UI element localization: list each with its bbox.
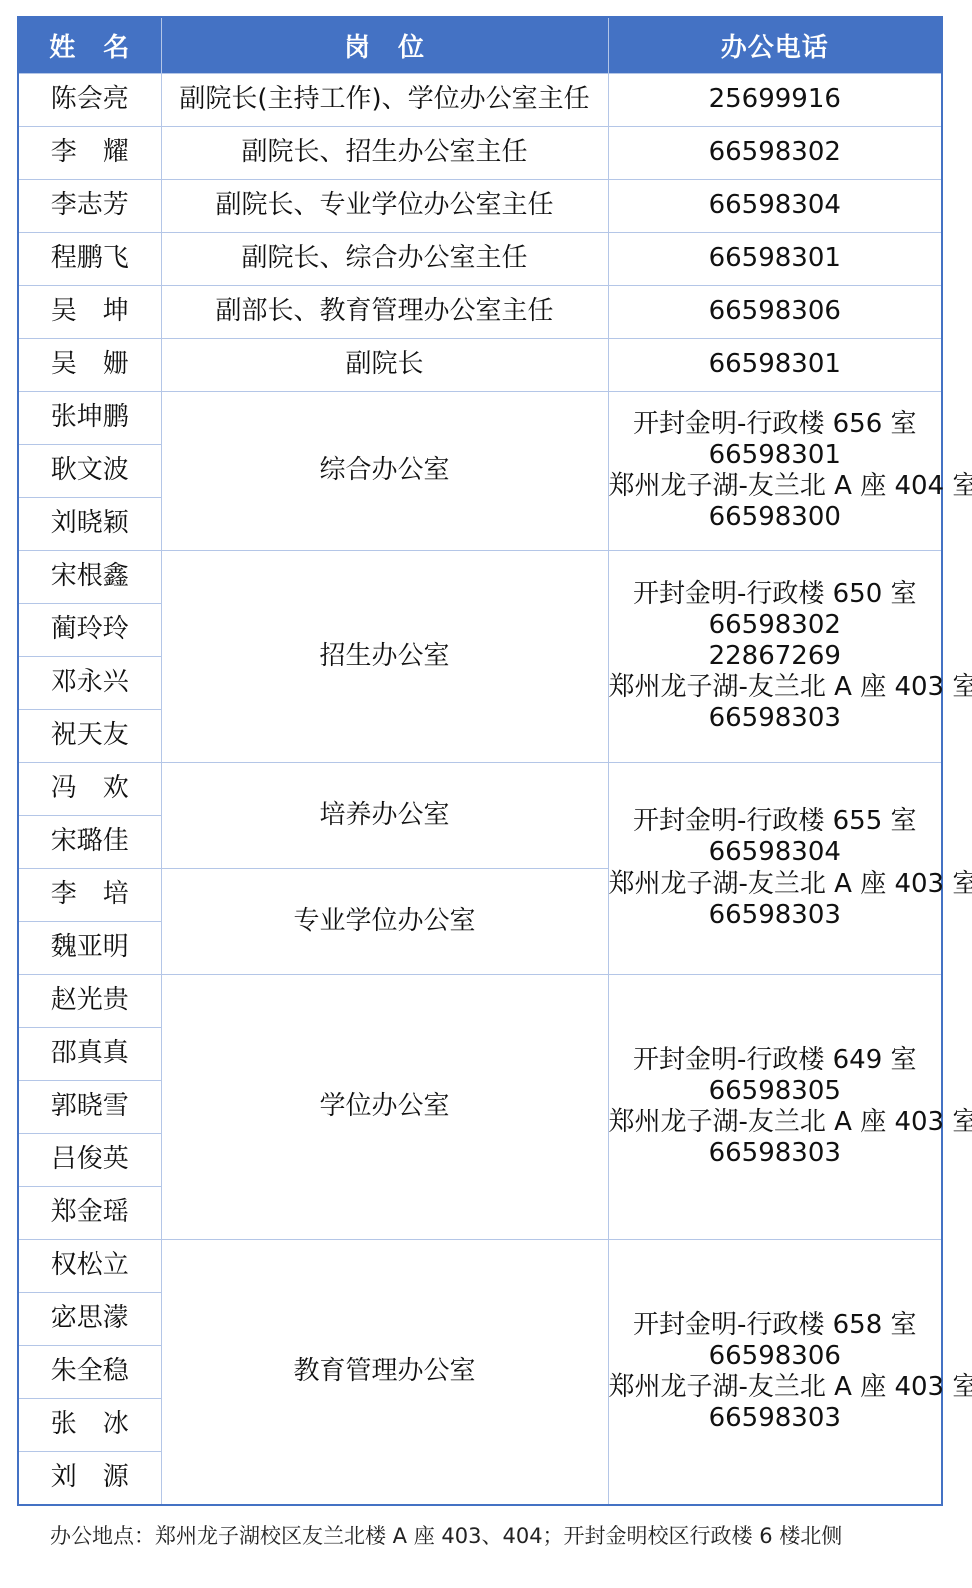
phone-line: 郑州龙子湖-友兰北 A 座 404 室: [609, 471, 942, 502]
position-cell: 副院长、综合办公室主任: [161, 233, 608, 286]
phone-cell-peiyang-zhuanye: 开封金明-行政楼 655 室 66598304 郑州龙子湖-友兰北 A 座 40…: [608, 763, 942, 975]
phone-cell-zhaosheng: 开封金明-行政楼 650 室 66598302 22867269 郑州龙子湖-友…: [608, 551, 942, 763]
phone-line: 66598303: [609, 900, 942, 931]
phone-line: 66598303: [609, 703, 942, 734]
name-cell: 权松立: [18, 1240, 161, 1293]
name-cell: 李 培: [18, 869, 161, 922]
table-row: 宋根鑫 招生办公室 开封金明-行政楼 650 室 66598302 228672…: [18, 551, 942, 604]
phone-line: 开封金明-行政楼 658 室: [609, 1310, 942, 1341]
table-row: 赵光贵 学位办公室 开封金明-行政楼 649 室 66598305 郑州龙子湖-…: [18, 975, 942, 1028]
name-cell: 郑金瑶: [18, 1187, 161, 1240]
name-cell: 郭晓雪: [18, 1081, 161, 1134]
phone-line: 66598306: [609, 1341, 942, 1372]
phone-line: 66598301: [609, 440, 942, 471]
name-cell: 李 耀: [18, 127, 161, 180]
office-cell-zonghe: 综合办公室: [161, 392, 608, 551]
name-cell: 耿文波: [18, 445, 161, 498]
table-row: 张坤鹏 综合办公室 开封金明-行政楼 656 室 66598301 郑州龙子湖-…: [18, 392, 942, 445]
staff-directory-table: 姓 名 岗 位 办公电话 陈会亮 副院长(主持工作)、学位办公室主任 25699…: [17, 16, 943, 1506]
table-row: 权松立 教育管理办公室 开封金明-行政楼 658 室 66598306 郑州龙子…: [18, 1240, 942, 1293]
office-cell-zhaosheng: 招生办公室: [161, 551, 608, 763]
phone-cell: 66598304: [608, 180, 942, 233]
office-cell-xuewei: 学位办公室: [161, 975, 608, 1240]
phone-cell-zonghe: 开封金明-行政楼 656 室 66598301 郑州龙子湖-友兰北 A 座 40…: [608, 392, 942, 551]
name-cell: 陈会亮: [18, 74, 161, 127]
name-cell: 宋璐佳: [18, 816, 161, 869]
phone-line: 66598300: [609, 502, 942, 533]
office-cell-jiaoyu: 教育管理办公室: [161, 1240, 608, 1506]
phone-cell-xuewei: 开封金明-行政楼 649 室 66598305 郑州龙子湖-友兰北 A 座 40…: [608, 975, 942, 1240]
phone-line: 开封金明-行政楼 650 室: [609, 579, 942, 610]
table-row: 李志芳 副院长、专业学位办公室主任 66598304: [18, 180, 942, 233]
name-cell: 刘 源: [18, 1452, 161, 1506]
table-row: 李 耀 副院长、招生办公室主任 66598302: [18, 127, 942, 180]
table-row: 冯 欢 培养办公室 开封金明-行政楼 655 室 66598304 郑州龙子湖-…: [18, 763, 942, 816]
phone-cell: 66598301: [608, 339, 942, 392]
position-cell: 副部长、教育管理办公室主任: [161, 286, 608, 339]
position-cell: 副院长、招生办公室主任: [161, 127, 608, 180]
table-row: 程鹏飞 副院长、综合办公室主任 66598301: [18, 233, 942, 286]
office-cell-peiyang: 培养办公室: [161, 763, 608, 869]
header-name: 姓 名: [18, 17, 161, 74]
phone-line: 郑州龙子湖-友兰北 A 座 403 室: [609, 1107, 942, 1138]
phone-line: 66598305: [609, 1076, 942, 1107]
phone-line: 开封金明-行政楼 649 室: [609, 1045, 942, 1076]
name-cell: 冯 欢: [18, 763, 161, 816]
phone-line: 开封金明-行政楼 656 室: [609, 409, 942, 440]
phone-line: 开封金明-行政楼 655 室: [609, 806, 942, 837]
header-row: 姓 名 岗 位 办公电话: [18, 17, 942, 74]
name-cell: 宓思濛: [18, 1293, 161, 1346]
phone-line: 郑州龙子湖-友兰北 A 座 403 室: [609, 869, 942, 900]
name-cell: 邵真真: [18, 1028, 161, 1081]
name-cell: 吴 坤: [18, 286, 161, 339]
office-location-note: 办公地点：郑州龙子湖校区友兰北楼 A 座 403、404；开封金明校区行政楼 6…: [50, 1520, 842, 1550]
position-cell: 副院长: [161, 339, 608, 392]
name-cell: 张 冰: [18, 1399, 161, 1452]
name-cell: 吕俊英: [18, 1134, 161, 1187]
office-cell-zhuanye: 专业学位办公室: [161, 869, 608, 975]
name-cell: 朱全稳: [18, 1346, 161, 1399]
name-cell: 赵光贵: [18, 975, 161, 1028]
phone-cell: 66598302: [608, 127, 942, 180]
phone-cell: 66598301: [608, 233, 942, 286]
phone-cell: 25699916: [608, 74, 942, 127]
phone-cell-jiaoyu: 开封金明-行政楼 658 室 66598306 郑州龙子湖-友兰北 A 座 40…: [608, 1240, 942, 1506]
name-cell: 吴 姗: [18, 339, 161, 392]
name-cell: 蔺玲玲: [18, 604, 161, 657]
phone-cell: 66598306: [608, 286, 942, 339]
name-cell: 宋根鑫: [18, 551, 161, 604]
name-cell: 祝天友: [18, 710, 161, 763]
name-cell: 邓永兴: [18, 657, 161, 710]
name-cell: 张坤鹏: [18, 392, 161, 445]
table-row: 吴 姗 副院长 66598301: [18, 339, 942, 392]
name-cell: 魏亚明: [18, 922, 161, 975]
position-cell: 副院长(主持工作)、学位办公室主任: [161, 74, 608, 127]
phone-line: 66598303: [609, 1138, 942, 1169]
table-row: 吴 坤 副部长、教育管理办公室主任 66598306: [18, 286, 942, 339]
header-phone: 办公电话: [608, 17, 942, 74]
phone-line: 66598303: [609, 1403, 942, 1434]
phone-line: 22867269: [609, 641, 942, 672]
name-cell: 刘晓颖: [18, 498, 161, 551]
header-position: 岗 位: [161, 17, 608, 74]
table-row: 陈会亮 副院长(主持工作)、学位办公室主任 25699916: [18, 74, 942, 127]
phone-line: 66598302: [609, 610, 942, 641]
name-cell: 李志芳: [18, 180, 161, 233]
phone-line: 郑州龙子湖-友兰北 A 座 403 室: [609, 1372, 942, 1403]
position-cell: 副院长、专业学位办公室主任: [161, 180, 608, 233]
name-cell: 程鹏飞: [18, 233, 161, 286]
phone-line: 郑州龙子湖-友兰北 A 座 403 室: [609, 672, 942, 703]
phone-line: 66598304: [609, 837, 942, 868]
